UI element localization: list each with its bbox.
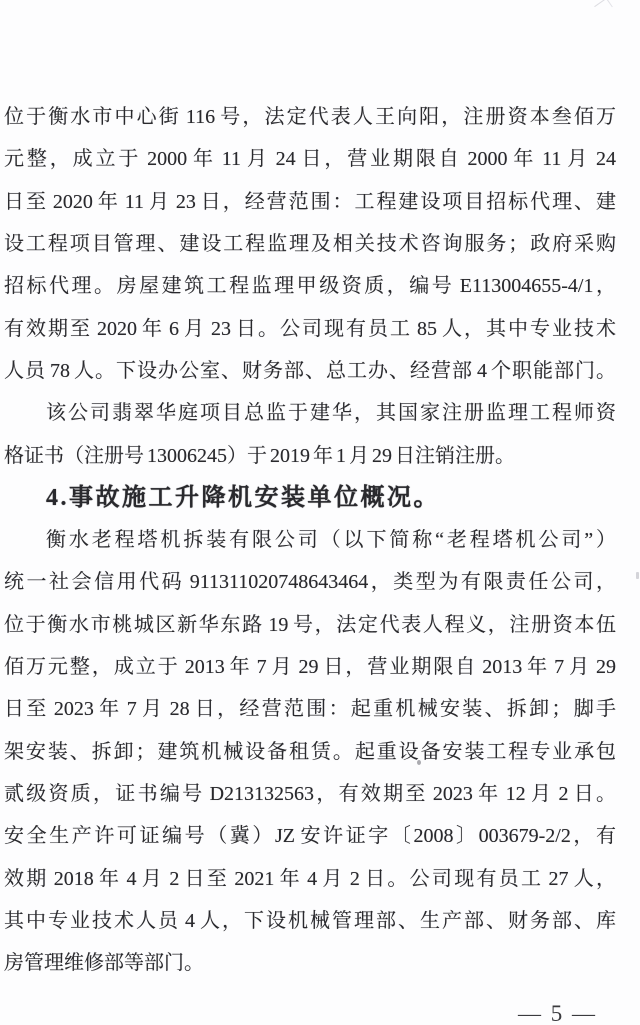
page-number: — 5 — [518,1001,597,1025]
text-line: 架安装、拆卸；建筑机械设备租赁。起重设备安装工程专业承包 [4,731,616,773]
text-line: 其中专业技术人员 4 人，下设机械管理部、生产部、财务部、库 [4,900,616,942]
text-line: 日至 2023 年 7 月 28 日，经营范围：起重机械安装、拆卸；脚手 [4,688,616,730]
text-line: 衡水老程塔机拆装有限公司（以下简称“老程塔机公司”） [4,519,616,561]
text-line: 统一社会信用代码 911311020748643464，类型为有限责任公司， [4,561,616,603]
text-line: 该公司翡翠华庭项目总监于建华，其国家注册监理工程师资 [4,392,616,434]
text-line: 人员 78 人。下设办公室、财务部、总工办、经营部 4 个职能部门。 [4,350,616,392]
section-heading: 4.事故施工升降机安装单位概况。 [4,477,616,519]
scan-artifact-scribble [594,0,613,15]
text-line: 位于衡水市桃城区新华东路 19 号，法定代表人程义，注册资本伍 [4,604,616,646]
text-line: 元整，成立于 2000 年 11 月 24 日，营业期限自 2000 年 11 … [4,138,616,180]
document-page: 位于衡水市中心街 116 号，法定代表人王向阳，注册资本叁佰万元整，成立于 20… [0,0,640,1025]
text-line: 设工程项目管理、建设工程监理及相关技术咨询服务；政府采购 [4,223,616,265]
text-line: 安全生产许可证编号（冀）JZ 安许证字〔2008〕003679-2/2，有 [4,815,616,857]
text-line: 效期 2018 年 4 月 2 日至 2021 年 4 月 2 日。公司现有员工… [4,858,616,900]
text-line: 格证书（注册号 13006245）于 2019 年 1 月 29 日注销注册。 [4,435,616,477]
text-line: 房管理维修部等部门。 [4,942,616,984]
scan-artifact-speck [636,572,639,579]
text-line: 招标代理。房屋建筑工程监理甲级资质，编号 E113004655-4/1， [4,265,616,307]
text-block: 位于衡水市中心街 116 号，法定代表人王向阳，注册资本叁佰万元整，成立于 20… [4,96,616,985]
text-line: 位于衡水市中心街 116 号，法定代表人王向阳，注册资本叁佰万 [4,96,616,138]
text-line: 佰万元整，成立于 2013 年 7 月 29 日，营业期限自 2013 年 7 … [4,646,616,688]
text-line: 日至 2020 年 11 月 23 日，经营范围：工程建设项目招标代理、建 [4,181,616,223]
text-line: 有效期至 2020 年 6 月 23 日。公司现有员工 85 人，其中专业技术 [4,308,616,350]
text-line: 贰级资质，证书编号 D213132563，有效期至 2023 年 12 月 2 … [4,773,616,815]
